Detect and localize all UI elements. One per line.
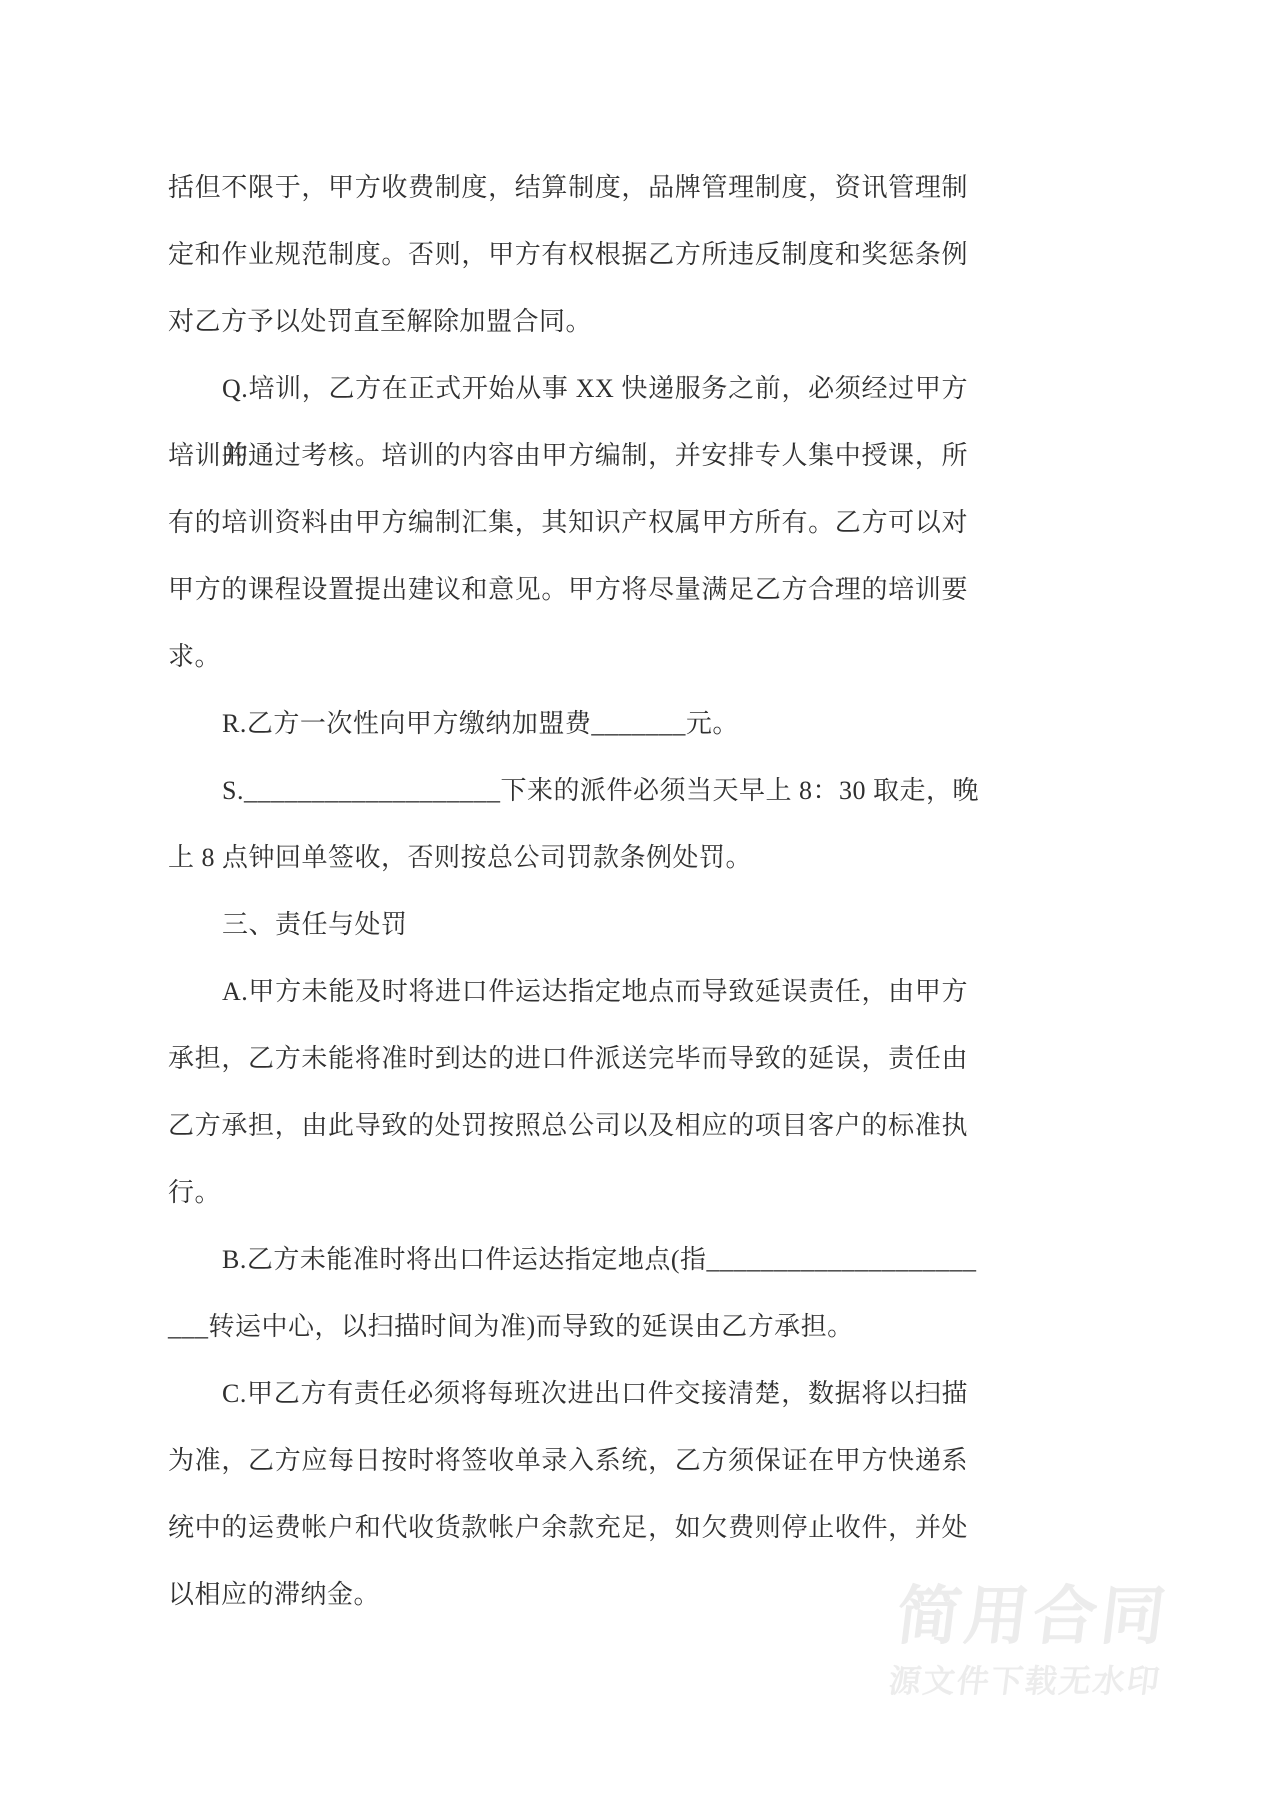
contract-document-page: 括但不限于，甲方收费制度，结算制度，品牌管理制度，资讯管理制定和作业规范制度。否… xyxy=(0,0,1280,1810)
text-line: 括但不限于，甲方收费制度，结算制度，品牌管理制度，资讯管理制 xyxy=(168,154,968,221)
watermark-subtitle: 源文件下载无水印 xyxy=(863,1662,1188,1700)
text-line: 乙方承担，由此导致的处罚按照总公司以及相应的项目客户的标准执 xyxy=(168,1092,968,1159)
text-line: 对乙方予以处罚直至解除加盟合同。 xyxy=(168,288,968,355)
text-line: 甲方的课程设置提出建议和意见。甲方将尽量满足乙方合理的培训要 xyxy=(168,556,968,623)
watermark: 简用合同 源文件下载无水印 xyxy=(863,1580,1198,1700)
text-line: C.甲乙方有责任必须将每班次进出口件交接清楚，数据将以扫描 xyxy=(168,1360,968,1427)
text-line: 培训并通过考核。培训的内容由甲方编制，并安排专人集中授课，所 xyxy=(168,422,968,489)
text-line: 行。 xyxy=(168,1159,968,1226)
text-line: Q.培训，乙方在正式开始从事 XX 快递服务之前，必须经过甲方的 xyxy=(168,355,968,422)
text-line: 以相应的滞纳金。 xyxy=(168,1561,968,1628)
text-line: 有的培训资料由甲方编制汇集，其知识产权属甲方所有。乙方可以对 xyxy=(168,489,968,556)
text-line: 为准，乙方应每日按时将签收单录入系统，乙方须保证在甲方快递系 xyxy=(168,1427,968,1494)
text-line: S.___________________下来的派件必须当天早上 8：30 取走… xyxy=(168,757,968,824)
text-line: 定和作业规范制度。否则，甲方有权根据乙方所违反制度和奖惩条例 xyxy=(168,221,968,288)
watermark-title: 简用合同 xyxy=(869,1580,1198,1652)
text-line: ___转运中心，以扫描时间为准)而导致的延误由乙方承担。 xyxy=(168,1293,968,1360)
text-line: R.乙方一次性向甲方缴纳加盟费_______元。 xyxy=(168,690,968,757)
text-line: B.乙方未能准时将出口件运达指定地点(指____________________ xyxy=(168,1226,968,1293)
text-line: A.甲方未能及时将进口件运达指定地点而导致延误责任，由甲方 xyxy=(168,958,968,1025)
text-line: 求。 xyxy=(168,623,968,690)
text-line: 三、责任与处罚 xyxy=(168,891,968,958)
contract-body-text: 括但不限于，甲方收费制度，结算制度，品牌管理制度，资讯管理制定和作业规范制度。否… xyxy=(168,154,968,1628)
text-line: 上 8 点钟回单签收，否则按总公司罚款条例处罚。 xyxy=(168,824,968,891)
text-line: 统中的运费帐户和代收货款帐户余款充足，如欠费则停止收件，并处 xyxy=(168,1494,968,1561)
text-line: 承担，乙方未能将准时到达的进口件派送完毕而导致的延误，责任由 xyxy=(168,1025,968,1092)
